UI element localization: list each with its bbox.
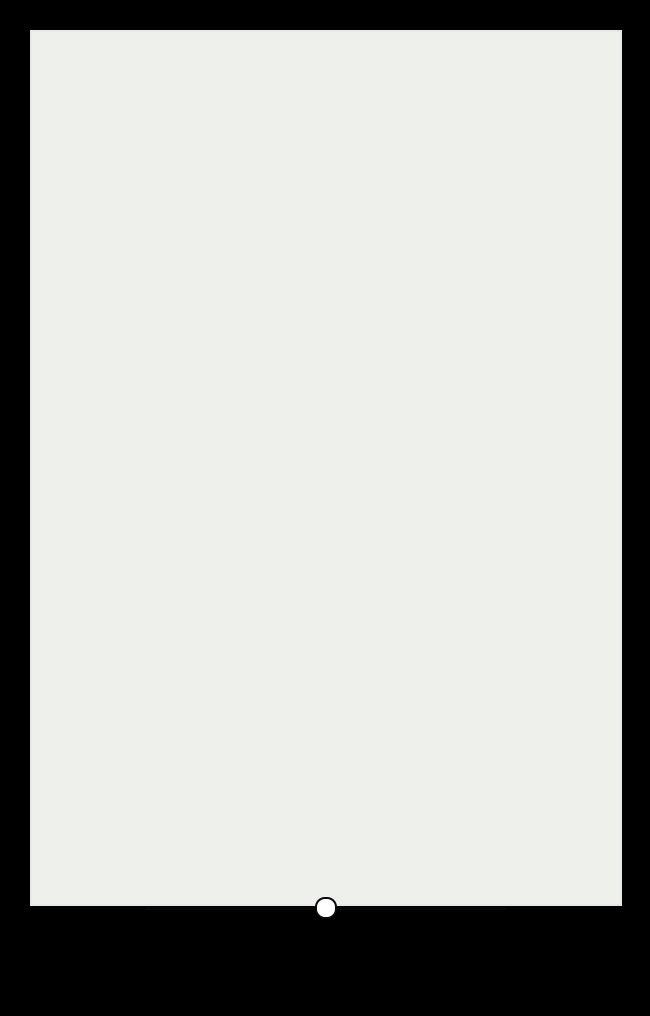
watermark-bar <box>30 897 622 919</box>
watermark-line-right <box>339 907 507 910</box>
watermark-line-left <box>145 907 313 910</box>
watermark-pill <box>315 897 337 919</box>
answer-sheet-photo <box>32 32 620 904</box>
demotivational-poster <box>0 0 650 1016</box>
photo-frame <box>30 30 622 906</box>
